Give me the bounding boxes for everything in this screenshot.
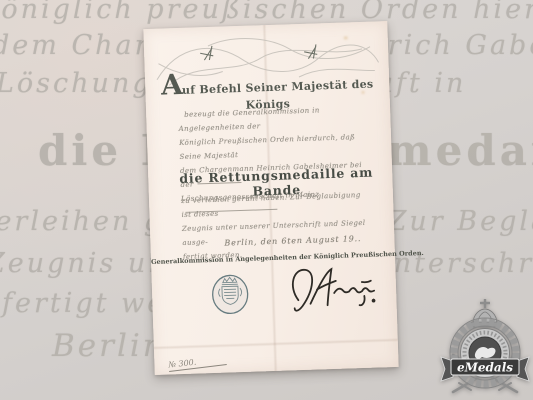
document-number: № 300. — [168, 355, 227, 372]
emedals-watermark: eMedals — [437, 297, 533, 397]
official-seal-stamp-icon — [206, 272, 253, 318]
certificate-document: Auf Befehl Seiner Majestät des Königs be… — [143, 21, 398, 375]
photo-of-certificate: königlich preußischen Orden hierdurch, d… — [0, 0, 533, 400]
emedals-brand-text: eMedals — [457, 361, 513, 375]
signature — [283, 258, 377, 319]
background-text-fragment: königlich preußischen Orden hierdurch, d… — [0, 0, 533, 25]
